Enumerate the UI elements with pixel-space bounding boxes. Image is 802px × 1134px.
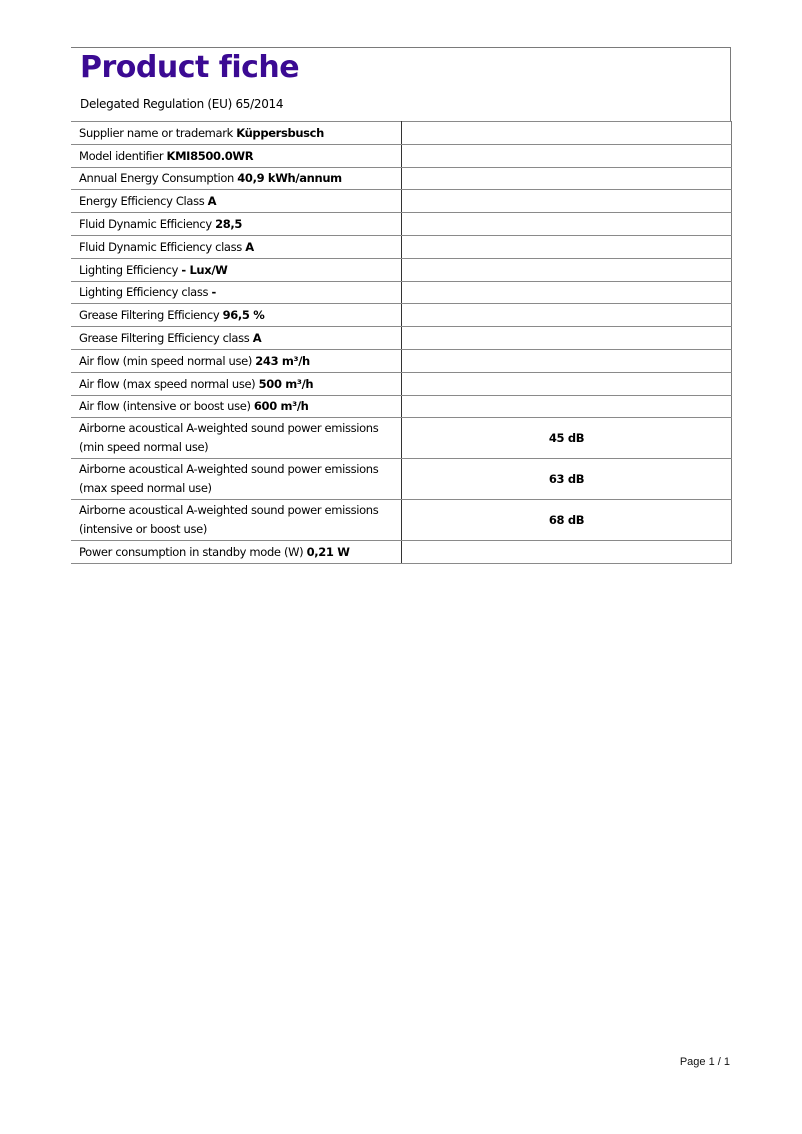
row-label: Grease Filtering Efficiency class xyxy=(79,331,249,345)
row-label-cell: Fluid Dynamic Efficiency class A xyxy=(71,235,402,258)
row-label: Airborne acoustical A-weighted sound pow… xyxy=(79,462,378,476)
row-inline-value: A xyxy=(245,240,254,254)
row-value-cell xyxy=(402,349,732,372)
row-value-cell xyxy=(402,122,732,145)
row-label-cell: Model identifier KMI8500.0WR xyxy=(71,144,402,167)
row-label-cell: Air flow (min speed normal use) 243 m³/h xyxy=(71,349,402,372)
page-number: Page 1 / 1 xyxy=(680,1056,730,1068)
row-label-line2: (min speed normal use) xyxy=(79,440,208,454)
row-value-cell xyxy=(402,190,732,213)
table-row: Annual Energy Consumption 40,9 kWh/annum xyxy=(71,167,732,190)
row-label: Energy Efficiency Class xyxy=(79,194,204,208)
table-row: Grease Filtering Efficiency 96,5 % xyxy=(71,304,732,327)
row-value-cell xyxy=(402,541,732,564)
row-label: Power consumption in standby mode (W) xyxy=(79,545,303,559)
row-label-cell: Lighting Efficiency class - xyxy=(71,281,402,304)
row-value-cell xyxy=(402,395,732,418)
row-label-cell: Annual Energy Consumption 40,9 kWh/annum xyxy=(71,167,402,190)
table-row: Model identifier KMI8500.0WR xyxy=(71,144,732,167)
table-row: Airborne acoustical A-weighted sound pow… xyxy=(71,459,732,500)
row-value-cell xyxy=(402,235,732,258)
row-label: Air flow (intensive or boost use) xyxy=(79,399,251,413)
row-label-cell: Air flow (max speed normal use) 500 m³/h xyxy=(71,372,402,395)
row-label-cell: Supplier name or trademark Küppersbusch xyxy=(71,122,402,145)
row-value-cell xyxy=(402,167,732,190)
product-data-table: Supplier name or trademark KüppersbuschM… xyxy=(71,121,732,564)
row-value-cell: 63 dB xyxy=(402,459,732,500)
page-title: Product fiche xyxy=(80,50,299,85)
row-inline-value: Küppersbusch xyxy=(236,126,324,140)
row-label: Air flow (max speed normal use) xyxy=(79,377,255,391)
table-row: Lighting Efficiency - Lux/W xyxy=(71,258,732,281)
regulation-subtitle: Delegated Regulation (EU) 65/2014 xyxy=(80,97,283,111)
row-label: Grease Filtering Efficiency xyxy=(79,308,219,322)
row-label: Model identifier xyxy=(79,149,163,163)
row-value-cell xyxy=(402,258,732,281)
product-fiche-sheet: Product fiche Delegated Regulation (EU) … xyxy=(71,47,731,564)
row-label: Fluid Dynamic Efficiency xyxy=(79,217,212,231)
row-label-line2: (max speed normal use) xyxy=(79,481,212,495)
row-label-cell: Grease Filtering Efficiency class A xyxy=(71,327,402,350)
table-row: Fluid Dynamic Efficiency class A xyxy=(71,235,732,258)
row-inline-value: KMI8500.0WR xyxy=(167,149,254,163)
row-inline-value: A xyxy=(253,331,262,345)
row-label-cell: Lighting Efficiency - Lux/W xyxy=(71,258,402,281)
row-label-cell: Airborne acoustical A-weighted sound pow… xyxy=(71,418,402,459)
row-inline-value: 600 m³/h xyxy=(254,399,309,413)
row-label: Lighting Efficiency xyxy=(79,263,178,277)
row-value-cell xyxy=(402,144,732,167)
row-label-cell: Air flow (intensive or boost use) 600 m³… xyxy=(71,395,402,418)
row-label: Fluid Dynamic Efficiency class xyxy=(79,240,242,254)
row-label: Air flow (min speed normal use) xyxy=(79,354,252,368)
table-row: Supplier name or trademark Küppersbusch xyxy=(71,122,732,145)
table-row: Lighting Efficiency class - xyxy=(71,281,732,304)
row-label-cell: Fluid Dynamic Efficiency 28,5 xyxy=(71,213,402,236)
row-label: Lighting Efficiency class xyxy=(79,285,208,299)
row-value-cell xyxy=(402,372,732,395)
row-inline-value: - xyxy=(211,285,215,299)
row-value-cell xyxy=(402,327,732,350)
row-inline-value: 40,9 kWh/annum xyxy=(237,171,342,185)
table-row: Energy Efficiency Class A xyxy=(71,190,732,213)
table-row: Airborne acoustical A-weighted sound pow… xyxy=(71,418,732,459)
row-value-cell xyxy=(402,213,732,236)
row-label: Supplier name or trademark xyxy=(79,126,233,140)
row-inline-value: - Lux/W xyxy=(181,263,227,277)
row-inline-value: 500 m³/h xyxy=(259,377,314,391)
table-row: Grease Filtering Efficiency class A xyxy=(71,327,732,350)
row-inline-value: 243 m³/h xyxy=(255,354,310,368)
header-box: Product fiche Delegated Regulation (EU) … xyxy=(71,47,731,121)
row-label: Airborne acoustical A-weighted sound pow… xyxy=(79,503,378,517)
row-value-cell: 45 dB xyxy=(402,418,732,459)
table-row: Air flow (max speed normal use) 500 m³/h xyxy=(71,372,732,395)
row-inline-value: A xyxy=(208,194,217,208)
row-label: Annual Energy Consumption xyxy=(79,171,234,185)
row-label-cell: Airborne acoustical A-weighted sound pow… xyxy=(71,500,402,541)
row-value-cell xyxy=(402,281,732,304)
row-inline-value: 28,5 xyxy=(215,217,242,231)
table-row: Airborne acoustical A-weighted sound pow… xyxy=(71,500,732,541)
table-row: Air flow (min speed normal use) 243 m³/h xyxy=(71,349,732,372)
row-label-cell: Power consumption in standby mode (W) 0,… xyxy=(71,541,402,564)
row-label-cell: Airborne acoustical A-weighted sound pow… xyxy=(71,459,402,500)
row-label: Airborne acoustical A-weighted sound pow… xyxy=(79,421,378,435)
row-inline-value: 0,21 W xyxy=(307,545,350,559)
table-row: Air flow (intensive or boost use) 600 m³… xyxy=(71,395,732,418)
row-inline-value: 96,5 % xyxy=(223,308,265,322)
table-row: Fluid Dynamic Efficiency 28,5 xyxy=(71,213,732,236)
row-value-cell: 68 dB xyxy=(402,500,732,541)
row-label-cell: Energy Efficiency Class A xyxy=(71,190,402,213)
row-label-line2: (intensive or boost use) xyxy=(79,522,207,536)
row-label-cell: Grease Filtering Efficiency 96,5 % xyxy=(71,304,402,327)
row-value-cell xyxy=(402,304,732,327)
table-row: Power consumption in standby mode (W) 0,… xyxy=(71,541,732,564)
